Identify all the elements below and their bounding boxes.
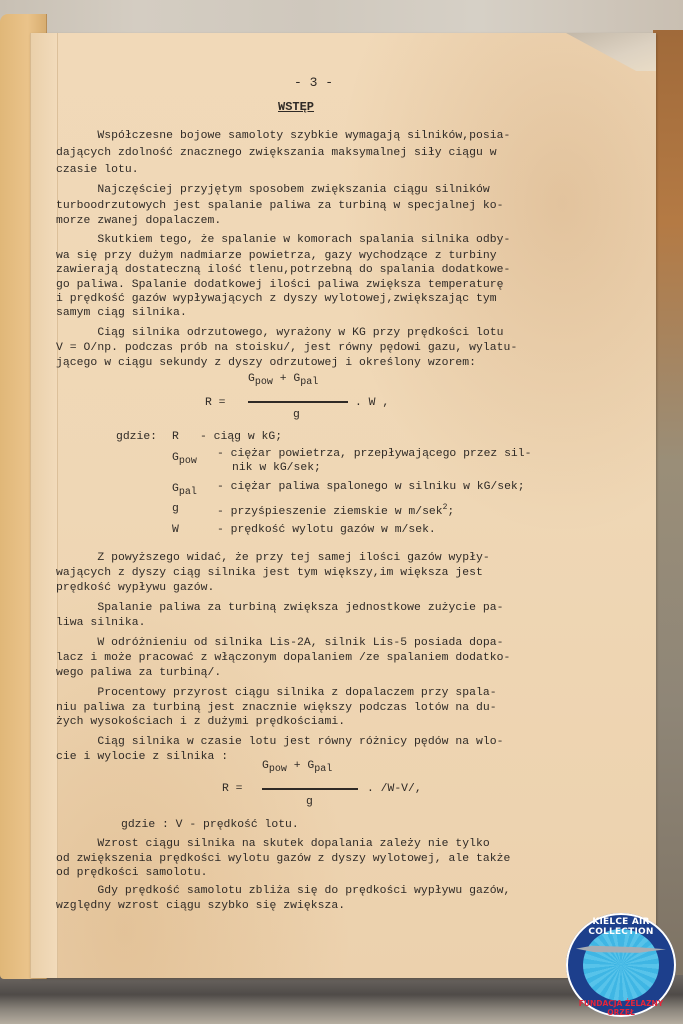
subscript: pal — [314, 764, 332, 775]
definition-symbol: W — [172, 524, 179, 536]
text-line: wego paliwa za turbiną/. — [56, 667, 221, 680]
plus-sign: + — [294, 760, 301, 772]
text-line: Wzrost ciągu silnika na skutek dopalania… — [56, 838, 490, 851]
page-number: - 3 - — [294, 75, 333, 90]
text-line: od zwiększenia prędkości wylotu gazów z … — [56, 853, 510, 866]
symbol-G: G — [262, 760, 269, 772]
definition-symbol: R — [172, 431, 179, 443]
text-line: lacz i może pracować z włączonym dopalan… — [56, 652, 510, 665]
definition-symbol: Gpow — [172, 452, 197, 467]
formula-lhs: R = — [205, 397, 226, 409]
text-line: dających zdolność znacznego zwiększania … — [56, 147, 497, 160]
text-line: niu paliwa za turbiną jest znacznie więk… — [56, 702, 497, 715]
denominator: g — [293, 409, 300, 421]
subscript: pow — [269, 764, 287, 775]
text-line: Ciąg silnika odrzutowego, wyrażony w KG … — [56, 327, 504, 340]
fraction-bar — [262, 788, 358, 790]
text-line: go paliwa. Spalanie dodatkowej ilości pa… — [56, 279, 504, 292]
text-line: Gdy prędkość samolotu zbliża się do pręd… — [56, 885, 510, 898]
text-line: zawierają dostateczną ilość tlenu,potrze… — [56, 264, 510, 277]
text-line: i prędkość gazów wypływających z dyszy w… — [56, 293, 497, 306]
text-line: czasie lotu. — [56, 164, 139, 177]
text-line: turboodrzutowych jest spalanie paliwa za… — [56, 200, 504, 213]
text-line: samym ciąg silnika. — [56, 307, 187, 320]
denominator: g — [306, 796, 313, 808]
text-line: Spalanie paliwa za turbiną zwiększa jedn… — [56, 602, 504, 615]
formula-rhs: . W , — [355, 397, 389, 409]
definition-body: - przyśpieszenie ziemskie w m/sek — [217, 506, 443, 518]
text-line: liwa silnika. — [56, 617, 146, 630]
text-line: względny wzrost ciągu szybko się zwiększ… — [56, 900, 345, 913]
logo-bottom-text: FUNDACJA ŻELAZNY ORZEŁ — [566, 999, 676, 1017]
kielce-air-collection-logo: KIELCE AIR COLLECTION FUNDACJA ŻELAZNY O… — [566, 913, 676, 1017]
definition-tail: ; — [447, 506, 454, 518]
text-line: prędkość wypływu gazów. — [56, 582, 214, 595]
definition-text: nik w kG/sek; — [232, 462, 321, 474]
formula-lhs: R = — [222, 783, 243, 795]
section-title: WSTĘP — [278, 100, 314, 114]
text-line: Współczesne bojowe samoloty szybkie wyma… — [56, 130, 510, 143]
fraction-bar — [248, 401, 348, 403]
definition-text: - prędkość wylotu gazów w m/sek. — [217, 524, 436, 536]
text-line: żych wysokościach i z dużymi prędkościam… — [56, 716, 345, 729]
text-line: morze zwanej dopalaczem. — [56, 215, 221, 228]
definition-symbol: g — [172, 503, 179, 515]
text-line: wa się przy dużym nadmiarze powietrza, g… — [56, 250, 497, 263]
logo-turbine-icon — [583, 929, 659, 1001]
subscript: pal — [300, 377, 318, 388]
folded-corner — [566, 33, 656, 71]
symbol-G: G — [172, 483, 179, 495]
text-line: V = O/np. podczas prób na stoisku/, jest… — [56, 342, 517, 355]
definition-text: - przyśpieszenie ziemskie w m/sek2; — [217, 503, 454, 518]
text-line: W odróżnieniu od silnika Lis-2A, silnik … — [56, 637, 504, 650]
text-line: od prędkości samolotu. — [56, 867, 207, 880]
text-line: Ciąg silnika w czasie lotu jest równy ró… — [56, 736, 504, 749]
symbol-G: G — [248, 373, 255, 385]
definition-text: - ciąg w kG; — [200, 431, 282, 443]
text-line: cie i wylocie z silnika : — [56, 751, 228, 764]
plus-sign: + — [280, 373, 287, 385]
subscript: pal — [179, 487, 197, 498]
text-line: wających z dyszy ciąg silnika jest tym w… — [56, 567, 483, 580]
symbol-G: G — [172, 452, 179, 464]
definition-text: - ciężar paliwa spalonego w silniku w kG… — [217, 481, 525, 493]
definition-line: gdzie : V - prędkość lotu. — [121, 819, 299, 831]
text-line: Najczęściej przyjętym sposobem zwiększan… — [56, 184, 490, 197]
text-line: Z powyższego widać, że przy tej samej il… — [56, 552, 490, 565]
formula-rhs: . /W-V/, — [367, 783, 422, 795]
text-line: Skutkiem tego, że spalanie w komorach sp… — [56, 234, 510, 247]
background-wood — [653, 30, 683, 990]
definition-symbol: Gpal — [172, 483, 197, 498]
definition-text: - ciężar powietrza, przepływającego prze… — [217, 448, 531, 460]
text-line: jącego w ciągu sekundy z dyszy odrzutowe… — [56, 357, 476, 370]
subscript: pow — [255, 377, 273, 388]
definitions-intro: gdzie: — [116, 431, 157, 443]
logo-top-text: KIELCE AIR COLLECTION — [566, 917, 676, 937]
text-line: Procentowy przyrost ciągu silnika z dopa… — [56, 687, 497, 700]
subscript: pow — [179, 456, 197, 467]
page-binding-strip — [31, 33, 58, 978]
